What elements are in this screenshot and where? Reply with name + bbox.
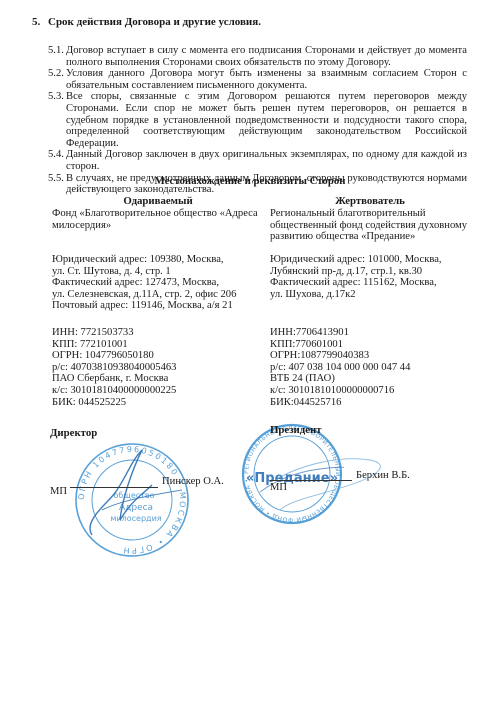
address-line: ул. Шухова, д.17к2 [270, 289, 442, 301]
donor-signature-line [270, 480, 352, 481]
address-line: Почтовый адрес: 119146, Москва, а/я 21 [52, 300, 236, 312]
party-role-donor: Жертвователь [270, 196, 470, 208]
clause-text: Условия данного Договора могут быть изме… [66, 68, 467, 91]
address-line: Фактический адрес: 115162, Москва, [270, 277, 442, 289]
recipient-name: Фонд «Благотворительное общество «Адреса… [52, 208, 258, 231]
section-heading: 5.Срок действия Договора и другие услови… [32, 17, 261, 29]
donor-bank-details: ИНН:7706413901 КПП:770601001 ОГРН:108779… [270, 327, 410, 408]
bank-line: р/с: 40703810938040005463 [52, 362, 176, 374]
clause-text: Данный Договор заключен в двух оригиналь… [66, 149, 467, 172]
address-line: Юридический адрес: 101000, Москва, [270, 254, 442, 266]
svg-text:Адреса: Адреса [119, 503, 153, 513]
address-line: Юридический адрес: 109380, Москва, [52, 254, 236, 266]
bank-line: КПП:770601001 [270, 339, 410, 351]
clause-number: 5.2. [48, 68, 66, 91]
bank-line: ИНН: 7721503733 [52, 327, 176, 339]
clause-text: Договор вступает в силу с момента его по… [66, 45, 467, 68]
address-line: Фактический адрес: 127473, Москва, [52, 277, 236, 289]
donor-stamp-label: МП [270, 482, 287, 494]
clause-number: 5.4. [48, 149, 66, 172]
recipient-signatory-name: Пинскер О.А. [162, 476, 224, 488]
bank-line: р/с: 407 038 104 000 000 047 44 [270, 362, 410, 374]
recipient-signature-line [70, 487, 158, 488]
recipient-stamp-icon: ОГРН 1047796050180 • МОСКВА • ОГРН общес… [72, 440, 192, 560]
address-line: ул. Ст. Шутова, д. 4, стр. 1 [52, 266, 236, 278]
party-role-recipient: Одариваемый [52, 196, 264, 208]
clause-5-4: 5.4. Данный Договор заключен в двух ориг… [48, 149, 467, 172]
clause-number: 5.3. [48, 91, 66, 149]
donor-addresses: Юридический адрес: 101000, Москва, Лубян… [270, 254, 442, 300]
bank-line: ВТБ 24 (ПАО) [270, 373, 410, 385]
clause-5-2: 5.2. Условия данного Договора могут быть… [48, 68, 467, 91]
bank-line: БИК: 044525225 [52, 397, 176, 409]
recipient-addresses: Юридический адрес: 109380, Москва, ул. С… [52, 254, 236, 312]
bank-line: ИНН:7706413901 [270, 327, 410, 339]
bank-line: к/с: 30101810100000000716 [270, 385, 410, 397]
section-title: Срок действия Договора и другие условия. [48, 16, 261, 28]
name-line: милосердия» [52, 220, 258, 232]
name-line: общественный фонд содействия духовному [270, 220, 467, 232]
donor-name: Региональный благотворительный обществен… [270, 208, 467, 243]
bank-line: БИК:044525716 [270, 397, 410, 409]
address-line: ул. Селезневская, д.11А, стр. 2, офис 20… [52, 289, 236, 301]
bank-line: к/с: 30101810400000000225 [52, 385, 176, 397]
section-number: 5. [32, 17, 48, 29]
clause-5-1: 5.1. Договор вступает в силу с момента е… [48, 45, 467, 68]
bank-line: ОГРН:1087799040383 [270, 350, 410, 362]
recipient-stamp-label: МП [50, 486, 67, 498]
bank-line: ОГРН: 1047796050180 [52, 350, 176, 362]
name-line: Фонд «Благотворительное общество «Адреса [52, 208, 258, 220]
bank-line: КПП: 772101001 [52, 339, 176, 351]
clause-text: Все споры, связанные с этим Договором ре… [66, 91, 467, 149]
address-line: Лубянский пр-д, д.17, стр.1, кв.30 [270, 266, 442, 278]
clause-5-3: 5.3. Все споры, связанные с этим Договор… [48, 91, 467, 149]
svg-text:милосердия: милосердия [110, 514, 161, 523]
clause-number: 5.1. [48, 45, 66, 68]
requisites-title: Местонахождение и реквизиты Сторон [0, 176, 500, 188]
recipient-bank-details: ИНН: 7721503733 КПП: 772101001 ОГРН: 104… [52, 327, 176, 408]
donor-signatory-name: Берхин В.Б. [356, 470, 410, 482]
donor-signatory-title: Президент [270, 425, 322, 437]
name-line: развитию общества «Предание» [270, 231, 467, 243]
clauses-list: 5.1. Договор вступает в силу с момента е… [48, 45, 467, 196]
name-line: Региональный благотворительный [270, 208, 467, 220]
bank-line: ПАО Сбербанк, г. Москва [52, 373, 176, 385]
recipient-signatory-title: Директор [50, 428, 97, 440]
